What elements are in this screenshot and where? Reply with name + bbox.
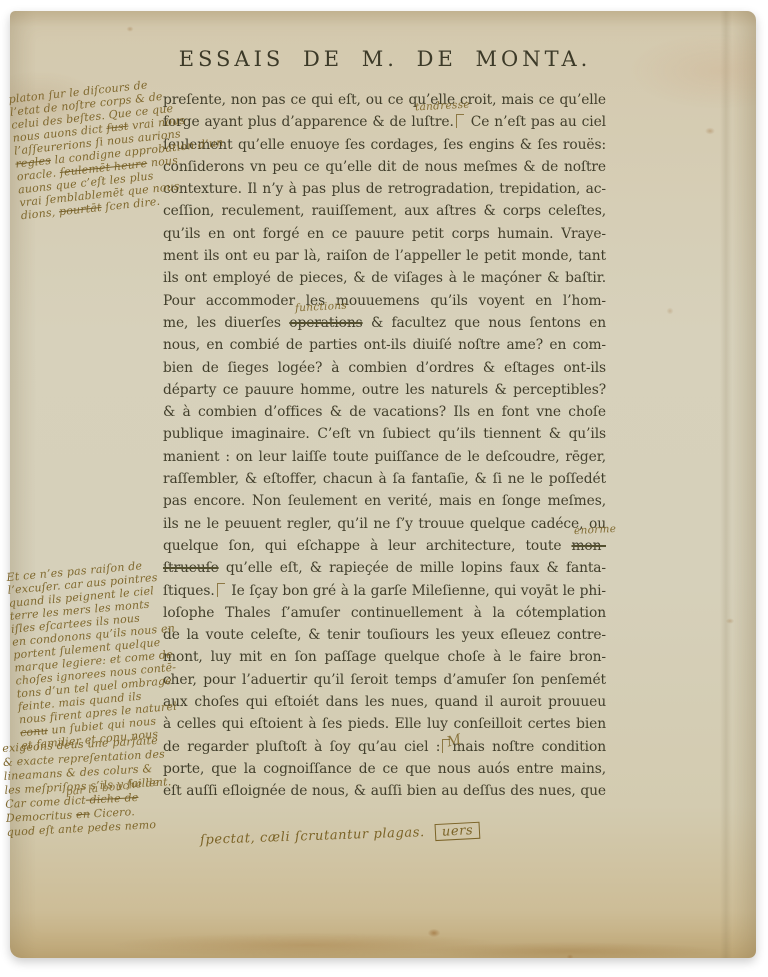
- print-segment: conſiderons vn peu ce qu’elle dit de nou…: [163, 159, 606, 175]
- print-line: ſtiques. Ie ſçay bon gré à la garſe Mile…: [163, 580, 606, 602]
- print-segment: aux choſes qui eſtoiét dans les nues, qu…: [163, 694, 606, 710]
- print-segment: & à combien d’offices & de vacations? Il…: [163, 404, 606, 420]
- print-segment: qu’elle eſt, & rapieçée de mille lopins …: [219, 560, 606, 576]
- margin-note-middle: Et ce n’es pas raiſon del’excuſer. car a…: [6, 556, 197, 753]
- print-line: conſiderons vn peu ce qu’elle dit de nou…: [163, 156, 606, 178]
- print-line: pas encore. Non ſeulement en verité, mai…: [163, 490, 606, 512]
- print-line: nous, en combié de parties ont-ils diuiſ…: [163, 334, 606, 356]
- print-line: ſtrueuſe qu’elle eſt, & rapieçée de mill…: [163, 557, 606, 579]
- print-line: ceſſion, reculement, rauiſſement, aux aſ…: [163, 200, 606, 222]
- margin-segment: dions,: [20, 205, 59, 222]
- print-segment: départy ce pauure homme, outre les natur…: [163, 382, 606, 398]
- print-segment-text: mon-: [571, 538, 606, 554]
- print-segment: pas encore. Non ſeulement en verité, mai…: [163, 493, 606, 509]
- print-line: & à combien d’offices & de vacations? Il…: [163, 401, 606, 423]
- margin-segment: dictpar la bouche de: [64, 794, 87, 809]
- print-line: publique imaginaire. C’eſt vn ſubiect qu…: [163, 423, 606, 445]
- print-segment: qu’ils en ont forgé en ce pauure petit c…: [163, 226, 606, 242]
- print-segment: contexture. Il n’y à pas plus de retrogr…: [163, 181, 606, 197]
- margin-note-bottom: exigeons deus une parfaite& exacte repre…: [2, 729, 247, 839]
- print-segment: preſente, non pas ce qui eſt, ou ce qu’e…: [163, 92, 606, 108]
- print-segment: ceſſion, reculement, rauiſſement, aux aſ…: [163, 203, 606, 219]
- print-line: bien de ſieges logée? à combien d’ordres…: [163, 357, 606, 379]
- print-segment: publique imaginaire. C’eſt vn ſubiect qu…: [163, 426, 606, 442]
- print-line: ſeulement qu’elle enuoye ſes cordages, ſ…: [163, 134, 606, 156]
- print-segment: maisM: [452, 736, 484, 758]
- print-segment: operationsfunctions: [289, 312, 362, 334]
- print-segment: manient : on leur laiſſe toute puiſſance…: [163, 449, 606, 465]
- print-line: ils ont employé de pieces, & de viſages …: [163, 267, 606, 289]
- print-segment: loſophe Thales ſ’amuſer continuellement …: [163, 605, 606, 621]
- print-line: ils ne le peuuent regler, qu’il ne ſ’y t…: [163, 513, 606, 535]
- print-line: raſſembler, & eſtoffer, chacun à ſa fant…: [163, 468, 606, 490]
- print-segment: ſeulement qu’elle enuoye ſes cordages, ſ…: [163, 137, 606, 153]
- print-segment: me, les diuerſes: [163, 315, 289, 331]
- print-segment: nous, en combié de parties ont-ils diuiſ…: [163, 337, 606, 353]
- print-line: manient : on leur laiſſe toute puiſſance…: [163, 446, 606, 468]
- print-segment: quelque ſon, qui eſchappe à leur archite…: [163, 538, 571, 554]
- print-line: ment ils ont eu par là, raiſon de l’appe…: [163, 245, 606, 267]
- insertion-caret-mark: [456, 114, 464, 128]
- print-segment-text: luſtre.: [411, 114, 453, 130]
- margin-note-top: platon ſur le diſcours del’etat de noſtr…: [8, 75, 191, 222]
- print-segment: de la voute celeſte, & tenir touſiours l…: [163, 627, 606, 643]
- interlinear-handwriting: enorme: [574, 524, 617, 536]
- print-line: quelque ſon, qui eſchappe à leur archite…: [163, 535, 606, 557]
- print-line: cher, pour l’aduertir qu’il ſeroit temps…: [163, 669, 606, 691]
- page-title: ESSAIS DE M. DE MONTA.: [140, 47, 630, 71]
- margin-segment: Cicero.: [90, 805, 136, 820]
- print-line: loſophe Thales ſ’amuſer continuellement …: [163, 602, 606, 624]
- interlinear-handwriting: tandresse: [414, 100, 469, 113]
- print-segment: ment ils ont eu par là, raiſon de l’appe…: [163, 248, 606, 264]
- print-segment: mont, luy mit en ſon paſſage quelque cho…: [163, 649, 606, 665]
- print-line: Pour accommoder les mouuemens qu’ils voy…: [163, 290, 606, 312]
- print-segment: noſtre condition: [485, 739, 606, 755]
- print-segment: cher, pour l’aduertir qu’il ſeroit temps…: [163, 672, 606, 688]
- interlinear-handwriting: functions: [295, 301, 347, 314]
- print-segment: & facultez que nous ſentons en: [363, 315, 606, 331]
- print-segment: luſtre.tandresse: [411, 111, 453, 133]
- print-line: aux choſes qui eſtoiét dans les nues, qu…: [163, 691, 606, 713]
- margin-segment: en: [76, 807, 91, 821]
- print-segment: raſſembler, & eſtoffer, chacun à ſa fant…: [163, 471, 606, 487]
- print-segment: ils ont employé de pieces, & de viſages …: [163, 270, 606, 286]
- print-segment: mon-enorme: [571, 535, 606, 557]
- print-segment: Pour accommoder les mouuemens qu’ils voy…: [163, 293, 606, 309]
- latin-quote-continuation: ſpectat, cæli ſcrutantur plagas.: [200, 825, 425, 848]
- print-line: qu’ils en ont forgé en ce pauure petit c…: [163, 223, 606, 245]
- print-line: contexture. Il n’y à pas plus de retrogr…: [163, 178, 606, 200]
- print-segment: Ie ſçay bon gré à la garſe Mileſienne, q…: [227, 583, 606, 599]
- print-segment-text: operations: [289, 315, 362, 331]
- manuscript-page: ESSAIS DE M. DE MONTA. preſente, non pas…: [10, 11, 756, 958]
- print-line: mont, luy mit en ſon paſſage quelque cho…: [163, 646, 606, 668]
- print-line: preſente, non pas ce qui eſt, ou ce qu’e…: [163, 89, 606, 111]
- print-segment: Ce n’eſt pas au ciel: [466, 114, 606, 130]
- print-segment: forge ayant plus d’apparence & de: [163, 114, 411, 130]
- vers-annotation-box: uers: [434, 822, 480, 841]
- print-line: me, les diuerſes operationsfunctions & f…: [163, 312, 606, 334]
- insertion-caret-mark: [217, 583, 225, 597]
- print-line: départy ce pauure homme, outre les natur…: [163, 379, 606, 401]
- print-line: de la voute celeſte, & tenir touſiours l…: [163, 624, 606, 646]
- print-segment: bien de ſieges logée? à combien d’ordres…: [163, 360, 606, 376]
- print-line: forge ayant plus d’apparence & de luſtre…: [163, 111, 606, 133]
- print-segment: ils ne le peuuent regler, qu’il ne ſ’y t…: [163, 516, 606, 532]
- printed-text-block: preſente, non pas ce qui eſt, ou ce qu’e…: [163, 89, 606, 803]
